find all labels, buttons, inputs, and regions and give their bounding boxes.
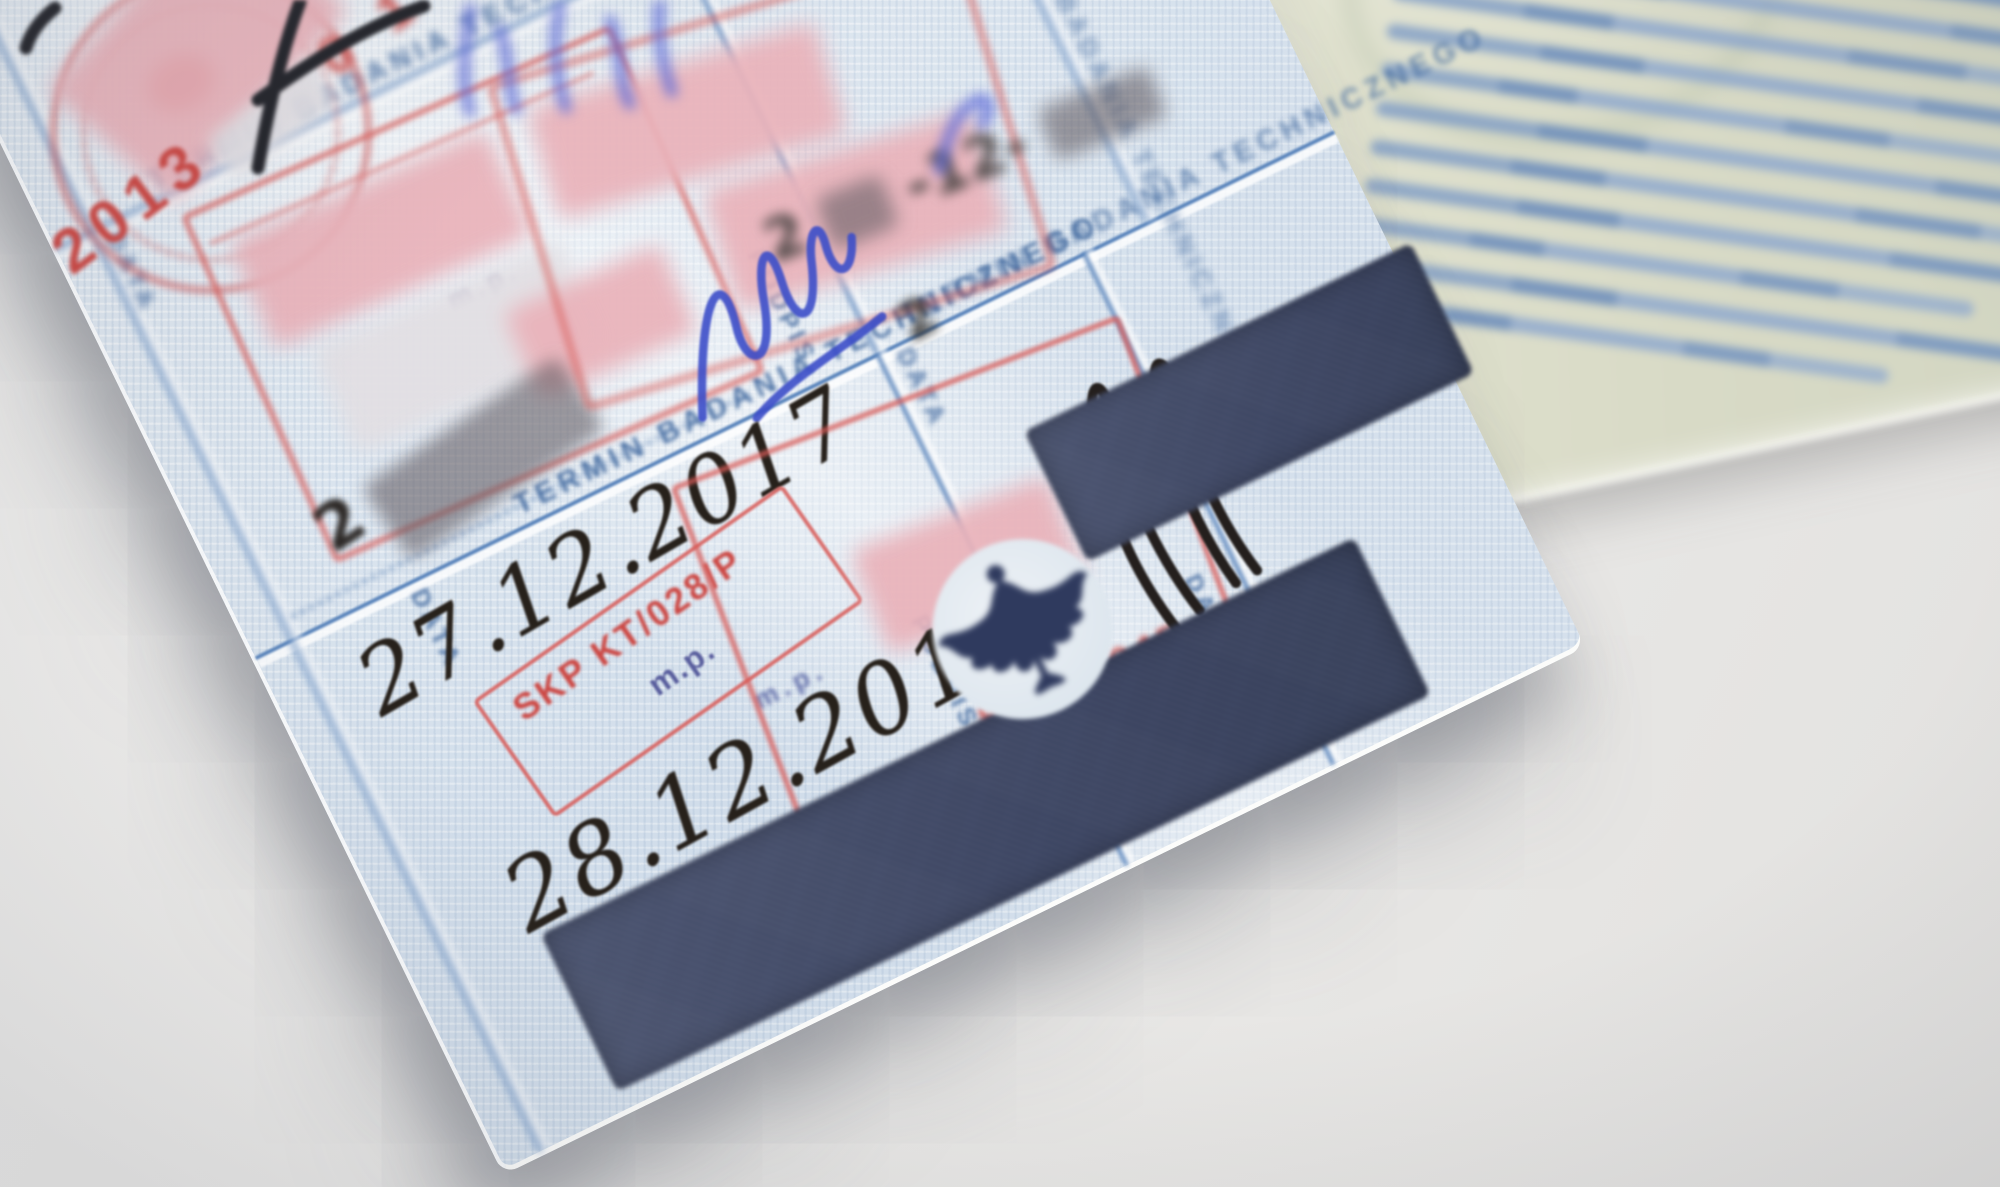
blue-ink-scribble [420, 0, 1040, 220]
photo-of-vehicle-registration-document: TERMIN BADANIA TECHNICZNEGO TERMIN BADAN… [0, 0, 2000, 1187]
